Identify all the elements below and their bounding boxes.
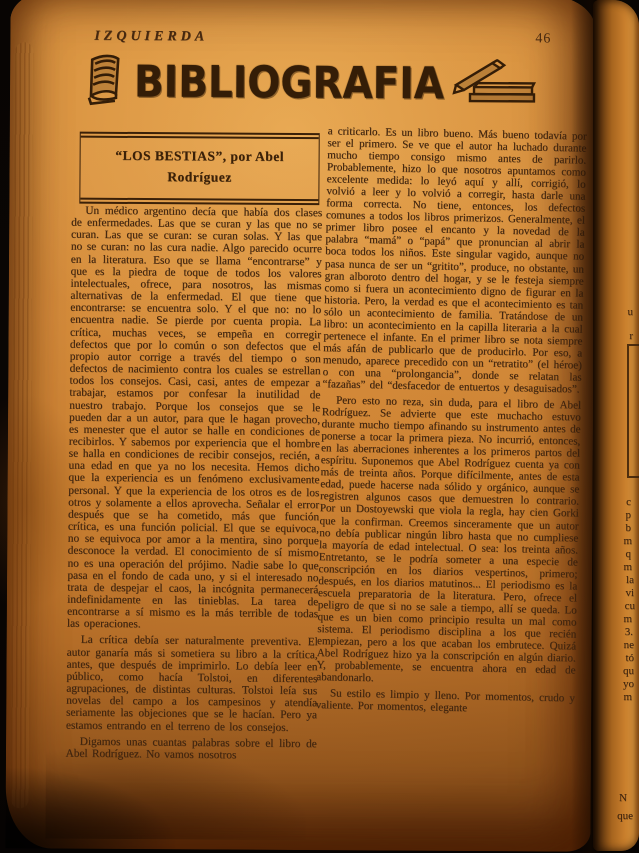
page-fragment-text: cu [625,600,635,612]
page-fragment-text: p [626,509,632,521]
page-edge-stripes [11,42,34,808]
page-fragment-text: tó [625,652,634,664]
banner-title: BIBLIOGRAFIA [134,57,444,109]
page-fragment-text: m [623,561,632,573]
page-fragment-text: b [626,522,632,534]
page-fragment-text: yo [623,678,634,690]
paragraph: a criticarlo. Es un libro bueno. Más bue… [322,125,586,395]
page-fragment-text: m [623,535,632,547]
page-fragment-text: que [617,810,633,822]
page-fragment-text: 3. [625,626,633,638]
page-fragment-text: c [626,496,631,508]
page-main: IZQUIERDA 46 BIBLIOGRAFIA [5,0,595,852]
page-fragment-text: N [619,792,627,804]
page-fragment-text: ne [624,639,634,651]
page-fragment-text: u [628,306,634,318]
running-header: IZQUIERDA 46 [94,29,555,48]
bibliografia-banner: BIBLIOGRAFIA [70,51,550,116]
paragraph: Su estilo es limpio y lleno. Por momento… [316,687,575,717]
magazine-page-photo: IZQUIERDA 46 BIBLIOGRAFIA [0,0,639,853]
page-fragment-text: la [626,574,634,586]
page-fragment-text: r [629,330,633,342]
page-fragment-text: qu [623,665,634,677]
open-book-icon [82,53,126,110]
books-and-pencil-icon [452,58,538,110]
right-column: a criticarlo. Es un libro bueno. Más bue… [315,125,586,721]
paragraph: Pero esto no reza, sin duda, para el lib… [316,394,581,688]
paragraph: Digamos unas cuantas palabras sobre el l… [66,735,317,762]
left-column: Un médico argentino decía que había dos … [65,205,322,767]
magazine-title: IZQUIERDA [94,29,208,46]
page-number: 46 [535,31,551,47]
next-page-box-fragment [627,344,639,478]
next-page-edge: u r c p b m q m la vi cu m 3. ne tó qu y… [593,0,639,851]
page-fragment-text: m [623,691,632,703]
page-fragment-text: q [626,548,632,560]
article-title: “LOS BESTIAS”, por Abel Rodríguez [80,136,318,201]
page-fragment-text: m [623,613,632,625]
article-title-box: “LOS BESTIAS”, por Abel Rodríguez [79,132,319,205]
paragraph: Un médico argentino decía que había dos … [67,205,322,633]
page-fragment-text: vi [625,587,634,599]
paragraph: La crítica debía ser naturalmente preven… [66,634,318,734]
corner-shadow [5,768,175,849]
